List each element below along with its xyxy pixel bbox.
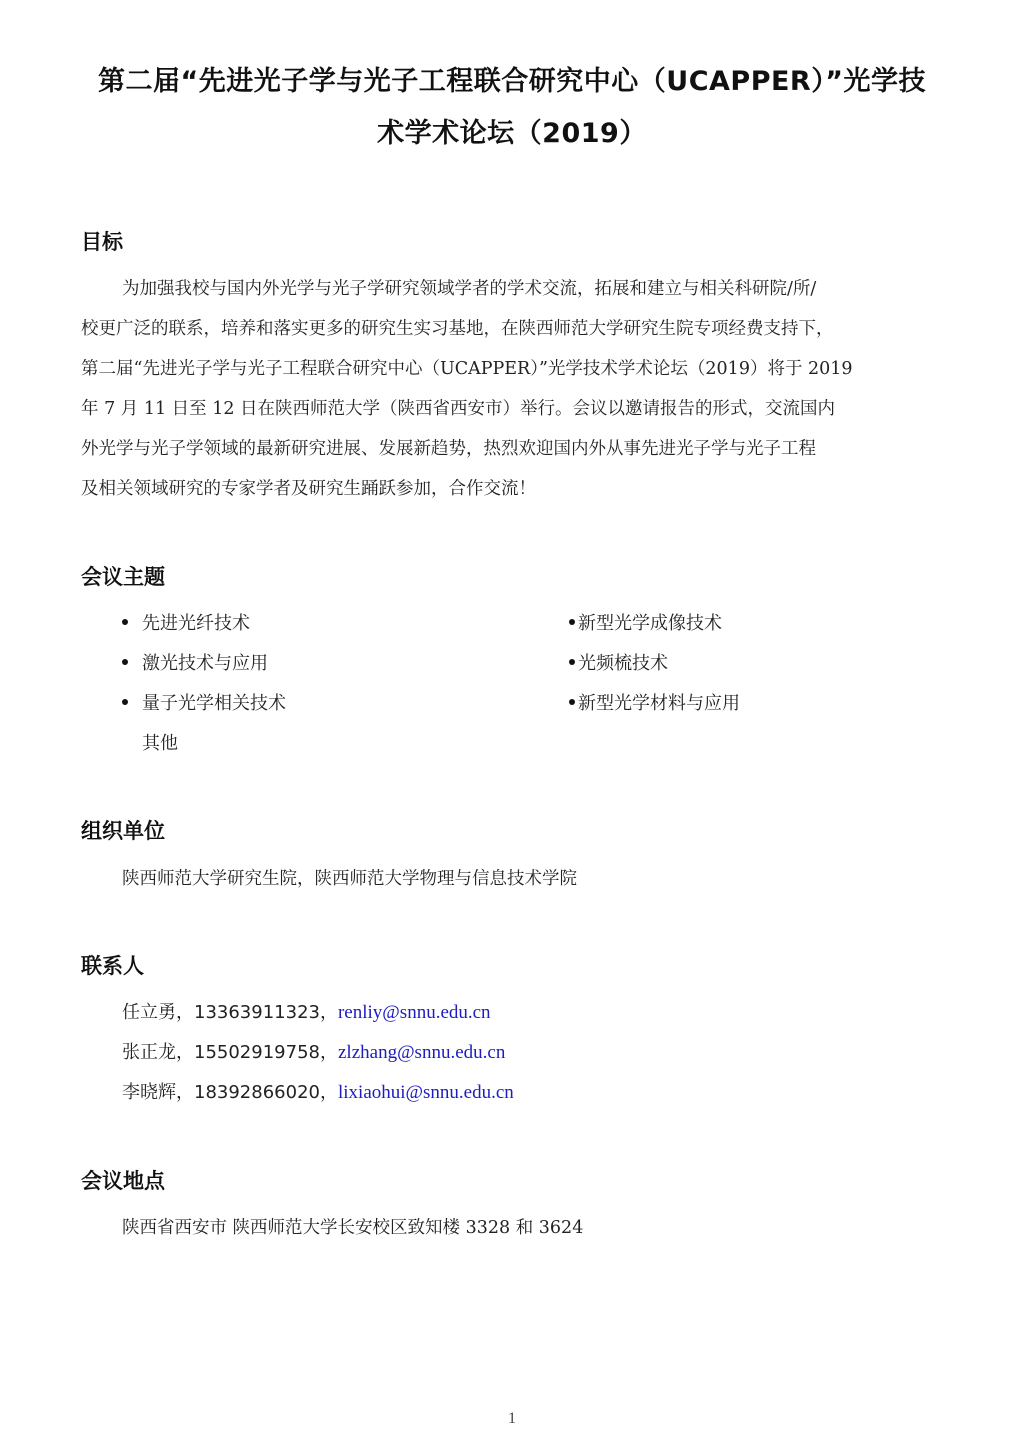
goal-paragraph-line: 校更广泛的联系，培养和落实更多的研究生实习基地，在陕西师范大学研究生院专项经费支… — [81, 316, 834, 342]
bullet-icon — [122, 699, 128, 705]
goal-paragraph-line: 及相关领域研究的专家学者及研究生踊跃参加，合作交流！ — [81, 476, 536, 502]
venue-heading: 会议地点 — [81, 1168, 165, 1194]
contact-name: 张正龙， — [122, 1042, 194, 1063]
contact-phone: 18392866020， — [194, 1082, 338, 1103]
topic-item: 光频梳技术 — [569, 652, 668, 676]
topic-item: 先进光纤技术 — [122, 612, 250, 636]
contact-name: 李晓辉， — [122, 1082, 194, 1103]
document-page: 第二届“先进光子学与光子工程联合研究中心（UCAPPER）”光学技 术学术论坛（… — [0, 0, 1024, 1448]
goal-paragraph-line: 第二届“先进光子学与光子工程联合研究中心（UCAPPER）”光学技术学术论坛（2… — [81, 356, 853, 382]
goal-paragraph-line: 外光学与光子学领域的最新研究进展、发展新趋势，热烈欢迎国内外从事先进光子学与光子… — [81, 436, 816, 462]
goal-paragraph-line: 年 7 月 11 日至 12 日在陕西师范大学（陕西省西安市）举行。会议以邀请报… — [81, 396, 835, 422]
organizer-text: 陕西师范大学研究生院，陕西师范大学物理与信息技术学院 — [122, 866, 577, 892]
contacts-heading: 联系人 — [81, 953, 144, 979]
bullet-icon — [569, 619, 575, 625]
topic-item: 量子光学相关技术 — [122, 692, 286, 716]
page-number: 1 — [0, 1410, 1024, 1428]
contact-phone: 13363911323， — [194, 1002, 338, 1023]
organizer-heading: 组织单位 — [81, 818, 165, 844]
document-title-line-1: 第二届“先进光子学与光子工程联合研究中心（UCAPPER）”光学技 — [60, 66, 964, 98]
document-title-line-2: 术学术论坛（2019） — [60, 118, 964, 150]
topic-item: 新型光学材料与应用 — [569, 692, 740, 716]
bullet-icon — [569, 699, 575, 705]
contact-phone: 15502919758， — [194, 1042, 338, 1063]
topics-heading: 会议主题 — [81, 564, 165, 590]
bullet-icon — [122, 659, 128, 665]
goal-paragraph-line: 为加强我校与国内外光学与光子学研究领域学者的学术交流，拓展和建立与相关科研院/所… — [122, 276, 816, 302]
topic-item: 激光技术与应用 — [122, 652, 268, 676]
contact-email-link[interactable]: renliy@snnu.edu.cn — [338, 1002, 491, 1023]
topic-item-other: 其他 — [142, 732, 178, 756]
contact-row: 任立勇，13363911323，renliy@snnu.edu.cn — [122, 1001, 491, 1025]
venue-text: 陕西省西安市 陕西师范大学长安校区致知楼 3328 和 3624 — [122, 1215, 583, 1241]
contact-row: 李晓辉，18392866020，lixiaohui@snnu.edu.cn — [122, 1081, 514, 1105]
contact-row: 张正龙，15502919758，zlzhang@snnu.edu.cn — [122, 1041, 505, 1065]
bullet-icon — [569, 659, 575, 665]
topic-item: 新型光学成像技术 — [569, 612, 722, 636]
contact-name: 任立勇， — [122, 1002, 194, 1023]
bullet-icon — [122, 619, 128, 625]
goal-heading: 目标 — [81, 229, 123, 255]
contact-email-link[interactable]: lixiaohui@snnu.edu.cn — [338, 1082, 514, 1103]
contact-email-link[interactable]: zlzhang@snnu.edu.cn — [338, 1042, 505, 1063]
